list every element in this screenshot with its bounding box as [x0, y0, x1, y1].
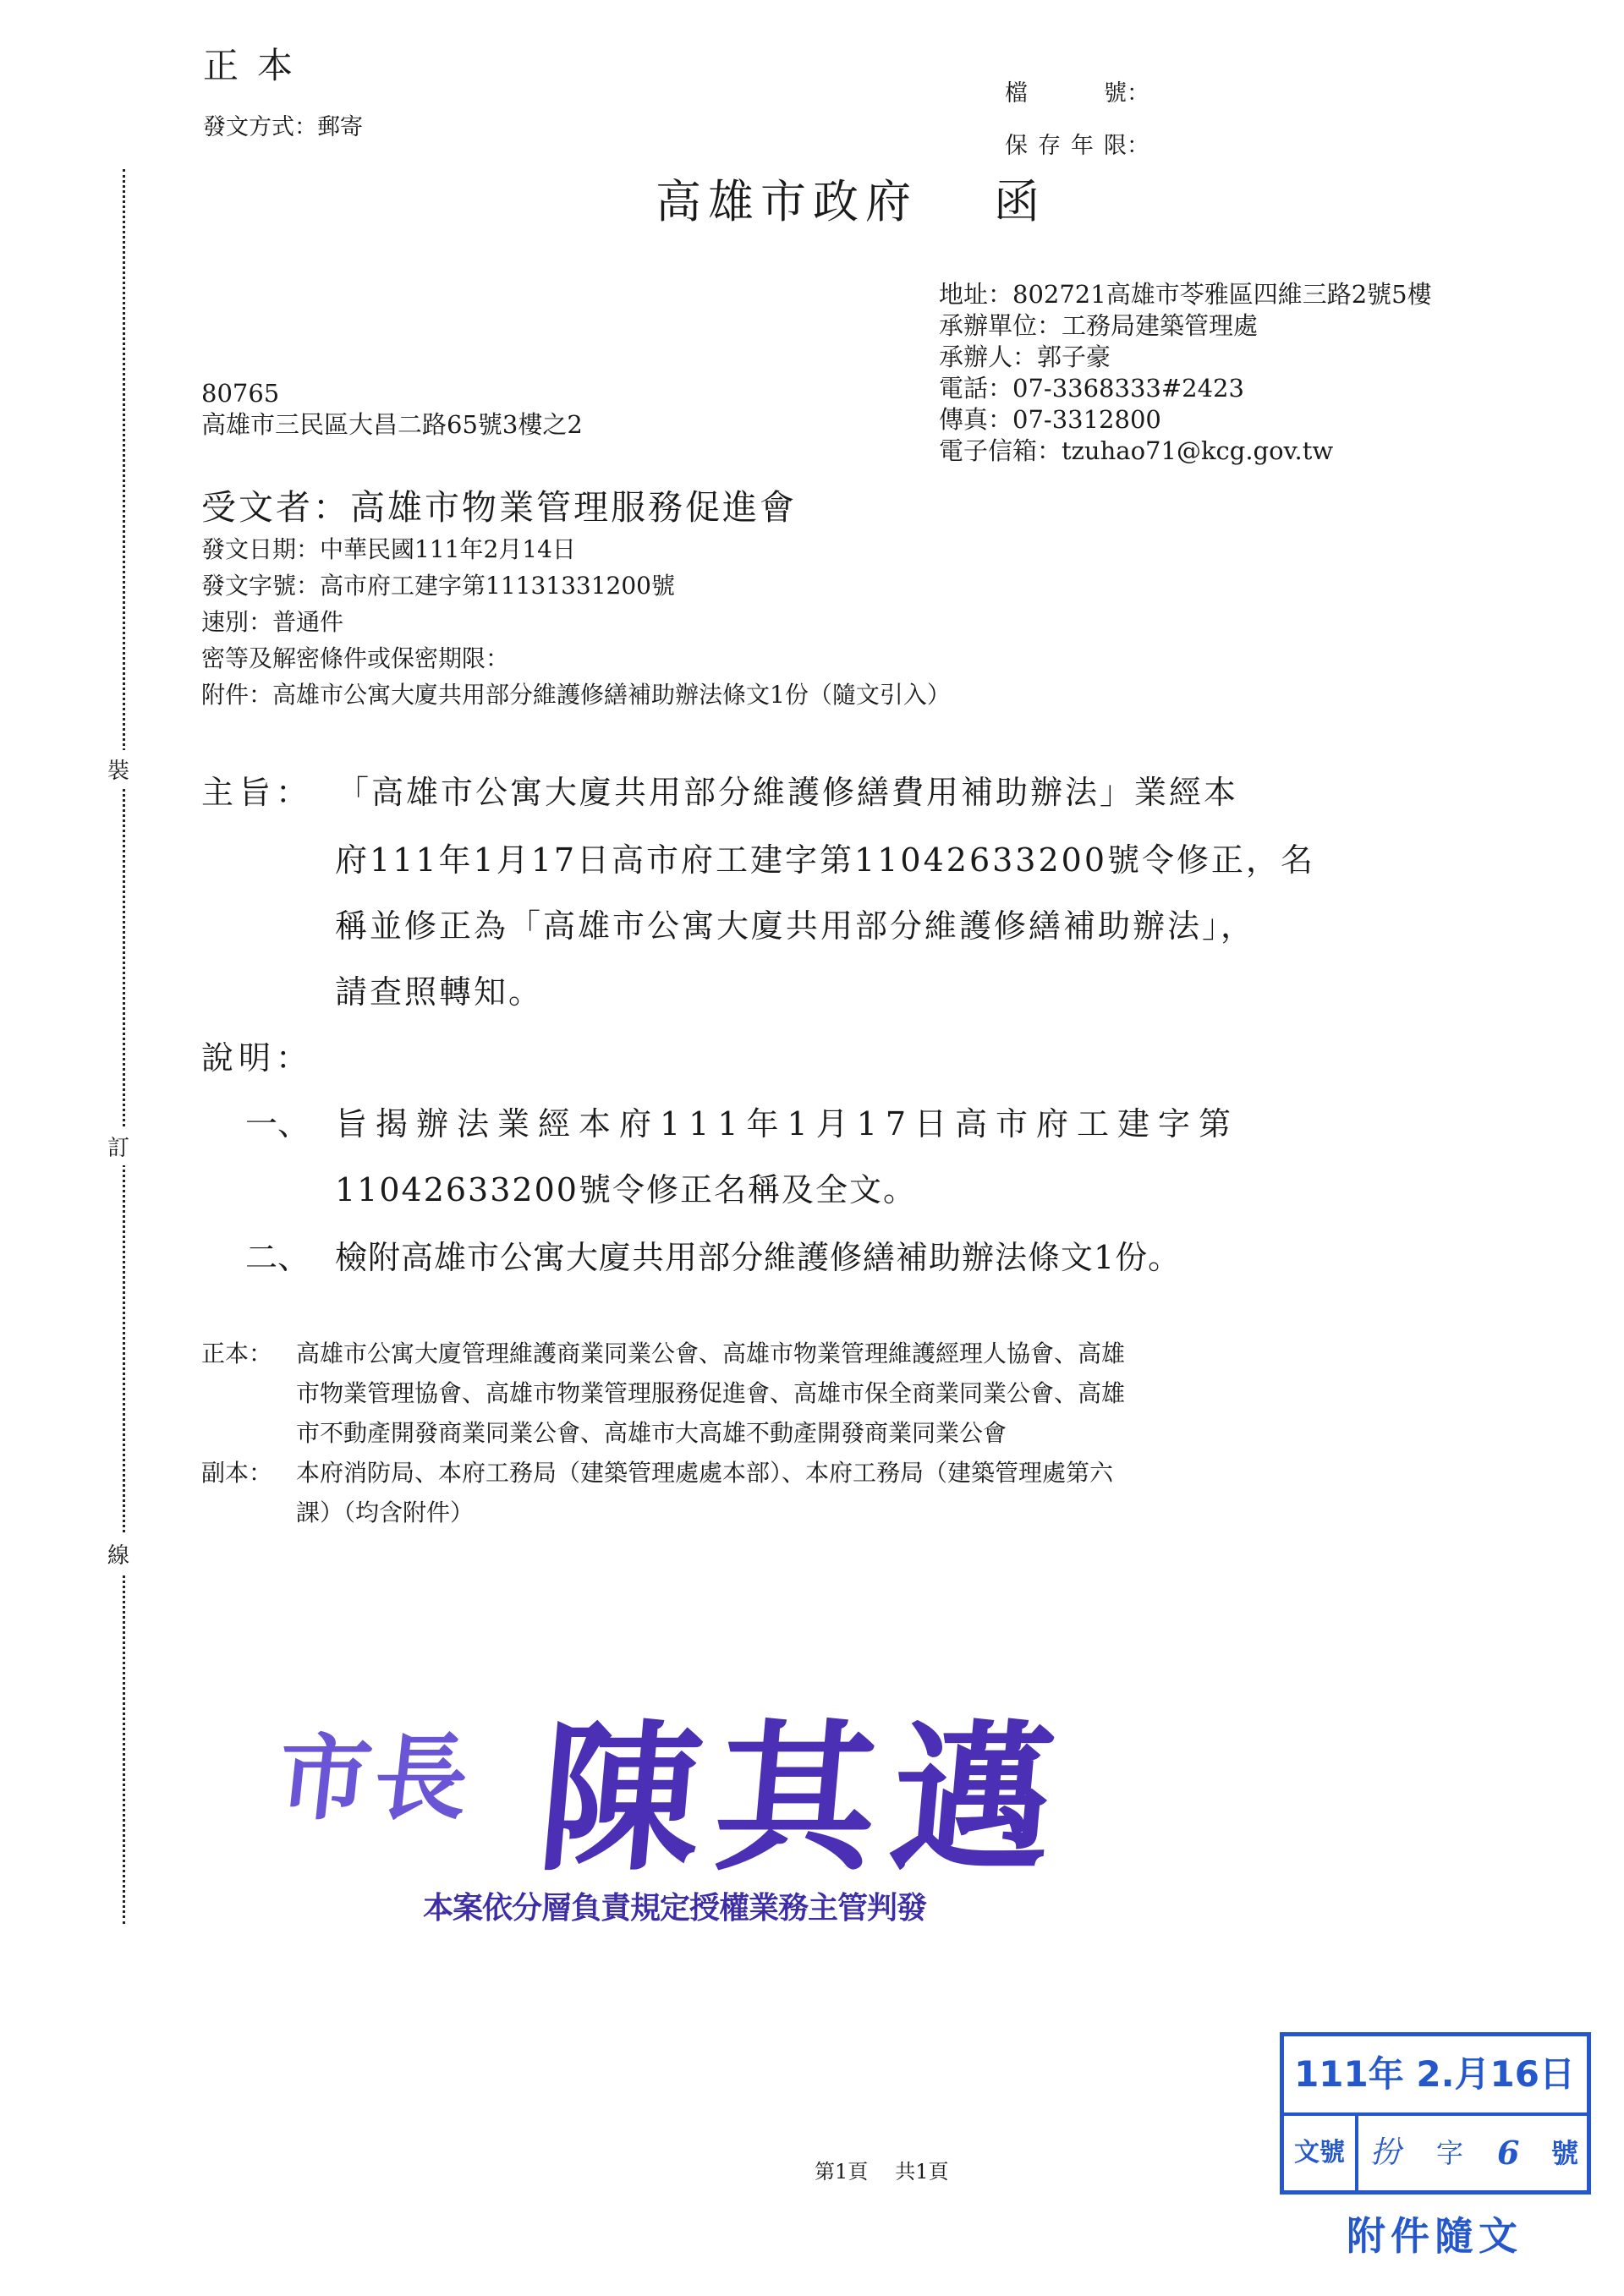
document-title: 高雄市政府函: [656, 166, 1046, 231]
original-recipients-line: 市物業管理協會、高雄市物業管理服務促進會、高雄市保全商業同業公會、高雄: [296, 1373, 1125, 1413]
issue-date: 發文日期：中華民國111年2月14日: [201, 531, 951, 567]
binding-char-xian: 線: [107, 1535, 129, 1573]
contact-email: 電子信箱：tzuhao71@kcg.gov.tw: [939, 436, 1432, 467]
binding-char-ding: 訂: [107, 1127, 129, 1165]
subject-label: 主旨：: [201, 759, 313, 825]
subject-line: 稱並修正為「高雄市公寓大廈共用部分維護修繕補助辦法」，: [335, 893, 1255, 959]
document-meta: 發文日期：中華民國111年2月14日 發文字號：高市府工建字第111313312…: [201, 531, 951, 713]
receipt-hao: 號: [1551, 2116, 1578, 2190]
send-method: 發文方式：郵寄: [203, 108, 363, 141]
recipient-street: 高雄市三民區大昌二路65號3樓之2: [201, 409, 583, 441]
retention-colon: ：: [1127, 133, 1149, 159]
send-method-label: 發文方式：: [203, 114, 317, 140]
explanation-item-line: 檢附高雄市公寓大廈共用部分維護修繕補助辦法條文1份。: [335, 1231, 1181, 1278]
secrecy-level: 密等及解密條件或保密期限：: [201, 640, 951, 677]
retention-period: 保存年限：: [1005, 127, 1149, 160]
file-number: 檔號：: [1005, 74, 1149, 107]
attachment: 附件：高雄市公寓大廈共用部分維護修繕補助辦法條文1份（隨文引入）: [201, 677, 951, 713]
recipient: 受文者：高雄市物業管理服務促進會: [201, 479, 797, 529]
receipt-stamp: 111年 2.月16日 文號 扮 字 6 號: [1280, 2032, 1591, 2195]
retention-label: 保存年限: [1005, 127, 1127, 160]
file-number-colon: ：: [1127, 80, 1149, 107]
binding-char-zhuang: 裝: [107, 750, 129, 788]
attachment-stamp: 附件隨文: [1347, 2206, 1522, 2261]
subject-line: 「高雄市公寓大廈共用部分維護修繕費用補助辦法」業經本: [337, 759, 1238, 825]
contact-fax: 傳真：07-3312800: [939, 404, 1432, 436]
signature-name: 陳其邁: [531, 1670, 1079, 1901]
original-recipients-label: 正本：: [201, 1334, 272, 1373]
receipt-doc-number-row: 文號 扮 字 6 號: [1284, 2116, 1587, 2190]
contact-unit: 承辦單位：工務局建築管理處: [939, 310, 1432, 342]
contact-block: 地址：802721高雄市苓雅區四維三路2號5樓 承辦單位：工務局建築管理處 承辦…: [939, 279, 1432, 467]
subject-line: 府111年1月17日高市府工建字第11042633200號令修正，名: [335, 827, 1315, 893]
explanation-label: 說明：: [201, 1032, 313, 1078]
recipient-address: 80765 高雄市三民區大昌二路65號3樓之2: [201, 378, 583, 441]
receipt-number: 6: [1497, 2116, 1519, 2190]
receipt-date: 111年 2.月16日: [1284, 2036, 1587, 2116]
original-recipients-line: 市不動產開發商業同業公會、高雄市大高雄不動產開發商業同業公會: [296, 1413, 1007, 1453]
page-number: 第1頁: [815, 2160, 868, 2184]
receipt-doc-word: 扮: [1370, 2116, 1401, 2190]
recipient-postal-code: 80765: [201, 378, 583, 409]
original-recipients-line: 高雄市公寓大廈管理維護商業同業公會、高雄市物業管理維護經理人協會、高雄: [296, 1334, 1125, 1373]
explanation-item-line: 11042633200號令修正名稱及全文。: [335, 1164, 917, 1210]
explanation-item-number: 二、: [245, 1231, 310, 1278]
contact-address: 地址：802721高雄市苓雅區四維三路2號5樓: [939, 279, 1432, 310]
document-number: 發文字號：高市府工建字第11131331200號: [201, 567, 951, 604]
page-footer: 第1頁共1頁: [815, 2155, 949, 2184]
contact-phone: 電話：07-3368333#2423: [939, 373, 1432, 404]
binding-dotted-line: [123, 169, 125, 1924]
receipt-zi: 字: [1436, 2116, 1463, 2190]
copy-recipients-label: 副本：: [201, 1453, 272, 1493]
contact-handler: 承辦人：郭子豪: [939, 342, 1432, 373]
file-number-label: 檔號: [1005, 74, 1127, 107]
subject-line: 請查照轉知。: [335, 959, 543, 1025]
copy-recipients-line: 本府消防局、本府工務局（建築管理處處本部）、本府工務局（建築管理處第六: [296, 1453, 1113, 1493]
issuing-organization: 高雄市政府: [656, 175, 918, 228]
explanation-item-number: 一、: [245, 1098, 310, 1144]
document-type: 函: [994, 175, 1046, 228]
copy-recipients-line: 課）（均含附件）: [296, 1493, 474, 1532]
priority: 速別：普通件: [201, 604, 951, 640]
send-method-value: 郵寄: [317, 114, 363, 140]
copy-type: 正本: [203, 38, 311, 89]
delegation-note: 本案依分層負責規定授權業務主管判發: [423, 1884, 926, 1927]
signature-title: 市長: [272, 1704, 480, 1838]
page-total: 共1頁: [895, 2160, 948, 2184]
receipt-doc-number-label: 文號: [1284, 2116, 1358, 2190]
explanation-item-line: 旨揭辦法業經本府111年1月17日高市府工建字第: [335, 1098, 1239, 1144]
